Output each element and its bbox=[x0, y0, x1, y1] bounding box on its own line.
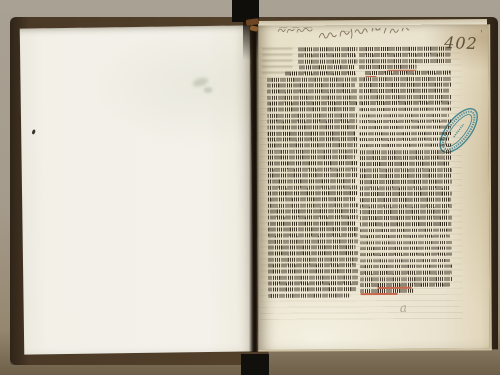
manuscript-text-line bbox=[360, 150, 451, 154]
manuscript-text-line bbox=[359, 77, 450, 81]
manuscript-text-line bbox=[268, 203, 358, 207]
manuscript-text-line bbox=[360, 246, 451, 250]
manuscript-text-line bbox=[360, 180, 452, 184]
manuscript-text-line bbox=[360, 155, 452, 159]
manuscript-text-line bbox=[268, 239, 358, 243]
manuscript-text-line bbox=[360, 186, 450, 190]
manuscript-text-line bbox=[359, 53, 450, 57]
manuscript-text-line bbox=[360, 222, 451, 226]
text-column-right bbox=[359, 47, 452, 298]
rubric-underline bbox=[361, 293, 398, 294]
manuscript-text-line bbox=[268, 191, 357, 195]
manuscript-text-line bbox=[360, 259, 450, 263]
manuscript-text-line bbox=[268, 107, 355, 111]
manuscript-text-line bbox=[359, 65, 416, 69]
manuscript-text-line bbox=[360, 210, 449, 214]
manuscript-text-line bbox=[269, 293, 351, 297]
manuscript-text-line bbox=[285, 71, 355, 75]
ink-smudge bbox=[204, 87, 213, 93]
manuscript-text-line bbox=[360, 204, 452, 208]
spine-notch-bottom bbox=[241, 354, 269, 375]
manuscript-text-line bbox=[268, 119, 357, 123]
text-column-left bbox=[267, 47, 358, 301]
manuscript-text-line bbox=[268, 275, 357, 279]
manuscript-text-line bbox=[360, 252, 452, 256]
manuscript-text-line bbox=[268, 209, 357, 213]
ink-blot bbox=[31, 129, 35, 135]
manuscript-text-line bbox=[268, 149, 358, 153]
manuscript-text-line bbox=[360, 277, 452, 281]
manuscript-text-line bbox=[269, 287, 357, 291]
manuscript-text-line bbox=[360, 125, 451, 129]
manuscript-text-line bbox=[268, 227, 358, 231]
manuscript-text-line bbox=[268, 185, 358, 189]
blank-flyleaf-page bbox=[20, 25, 255, 354]
manuscript-text-line bbox=[360, 101, 451, 105]
manuscript-text-line bbox=[360, 168, 452, 172]
manuscript-text-line bbox=[361, 289, 414, 293]
manuscript-text-line bbox=[360, 234, 450, 238]
manuscript-text-line bbox=[268, 257, 357, 261]
manuscript-text-line bbox=[268, 161, 358, 165]
manuscript-text-line bbox=[268, 221, 356, 225]
manuscript-text-line bbox=[360, 192, 452, 196]
manuscript-text-line bbox=[360, 143, 452, 147]
manuscript-text-line bbox=[360, 264, 452, 268]
manuscript-text-line bbox=[267, 83, 355, 87]
rubric-underline bbox=[365, 76, 376, 77]
manuscript-text-line bbox=[365, 71, 451, 75]
manuscript-text-line bbox=[268, 167, 357, 171]
manuscript-text-line bbox=[268, 245, 355, 249]
manuscript-text-line bbox=[268, 179, 356, 183]
manuscript-text-line bbox=[268, 101, 358, 105]
manuscript-text-line bbox=[268, 269, 358, 273]
manuscript-text-line bbox=[267, 89, 357, 93]
manuscript-text-line bbox=[268, 131, 356, 135]
manuscript-page: 402 ' a bbox=[256, 24, 492, 351]
manuscript-text-line bbox=[268, 125, 358, 129]
manuscript-text-line bbox=[360, 107, 452, 111]
book-gutter-shadow bbox=[249, 20, 259, 352]
manuscript-text-line bbox=[360, 174, 451, 178]
handwritten-shelfmark-inscription bbox=[276, 25, 316, 34]
manuscript-text-line bbox=[360, 270, 451, 274]
manuscript-text-line bbox=[359, 59, 451, 63]
folio-corner-tick: ' bbox=[480, 29, 483, 39]
manuscript-text-line bbox=[360, 198, 451, 202]
manuscript-text-line bbox=[360, 228, 452, 232]
manuscript-text-line bbox=[267, 77, 357, 81]
handwritten-title-inscription bbox=[317, 28, 409, 42]
quire-mark: a bbox=[399, 300, 408, 315]
manuscript-text-line bbox=[268, 263, 356, 267]
manuscript-text-line bbox=[359, 89, 449, 93]
rubric-underline bbox=[387, 69, 416, 70]
manuscript-text-line bbox=[360, 95, 452, 99]
manuscript-text-line bbox=[298, 59, 357, 63]
manuscript-text-line bbox=[360, 162, 449, 166]
manuscript-text-line bbox=[300, 65, 355, 69]
manuscript-text-line bbox=[360, 132, 452, 136]
manuscript-text-line bbox=[360, 119, 452, 123]
manuscript-text-line bbox=[268, 215, 358, 219]
manuscript-text-line bbox=[298, 47, 357, 51]
rubric-underline bbox=[377, 287, 411, 288]
manuscript-text-line bbox=[359, 47, 451, 51]
manuscript-text-line bbox=[268, 137, 358, 141]
manuscript-text-line bbox=[360, 241, 452, 245]
manuscript-text-line bbox=[360, 137, 450, 141]
photo-open-book: 402 ' a bbox=[0, 0, 500, 375]
manuscript-text-line bbox=[268, 233, 357, 237]
manuscript-text-line bbox=[360, 114, 449, 118]
manuscript-text-line bbox=[298, 53, 357, 57]
manuscript-text-line bbox=[268, 95, 357, 99]
manuscript-text-line bbox=[268, 197, 355, 201]
manuscript-text-line bbox=[268, 155, 355, 159]
manuscript-text-line bbox=[359, 83, 451, 87]
manuscript-text-line bbox=[268, 143, 357, 147]
manuscript-text-line bbox=[360, 216, 452, 220]
manuscript-text-line bbox=[268, 173, 358, 177]
manuscript-text-line bbox=[360, 283, 449, 287]
manuscript-text-line bbox=[268, 281, 358, 285]
manuscript-text-line bbox=[268, 113, 358, 117]
manuscript-text-line bbox=[268, 251, 358, 255]
